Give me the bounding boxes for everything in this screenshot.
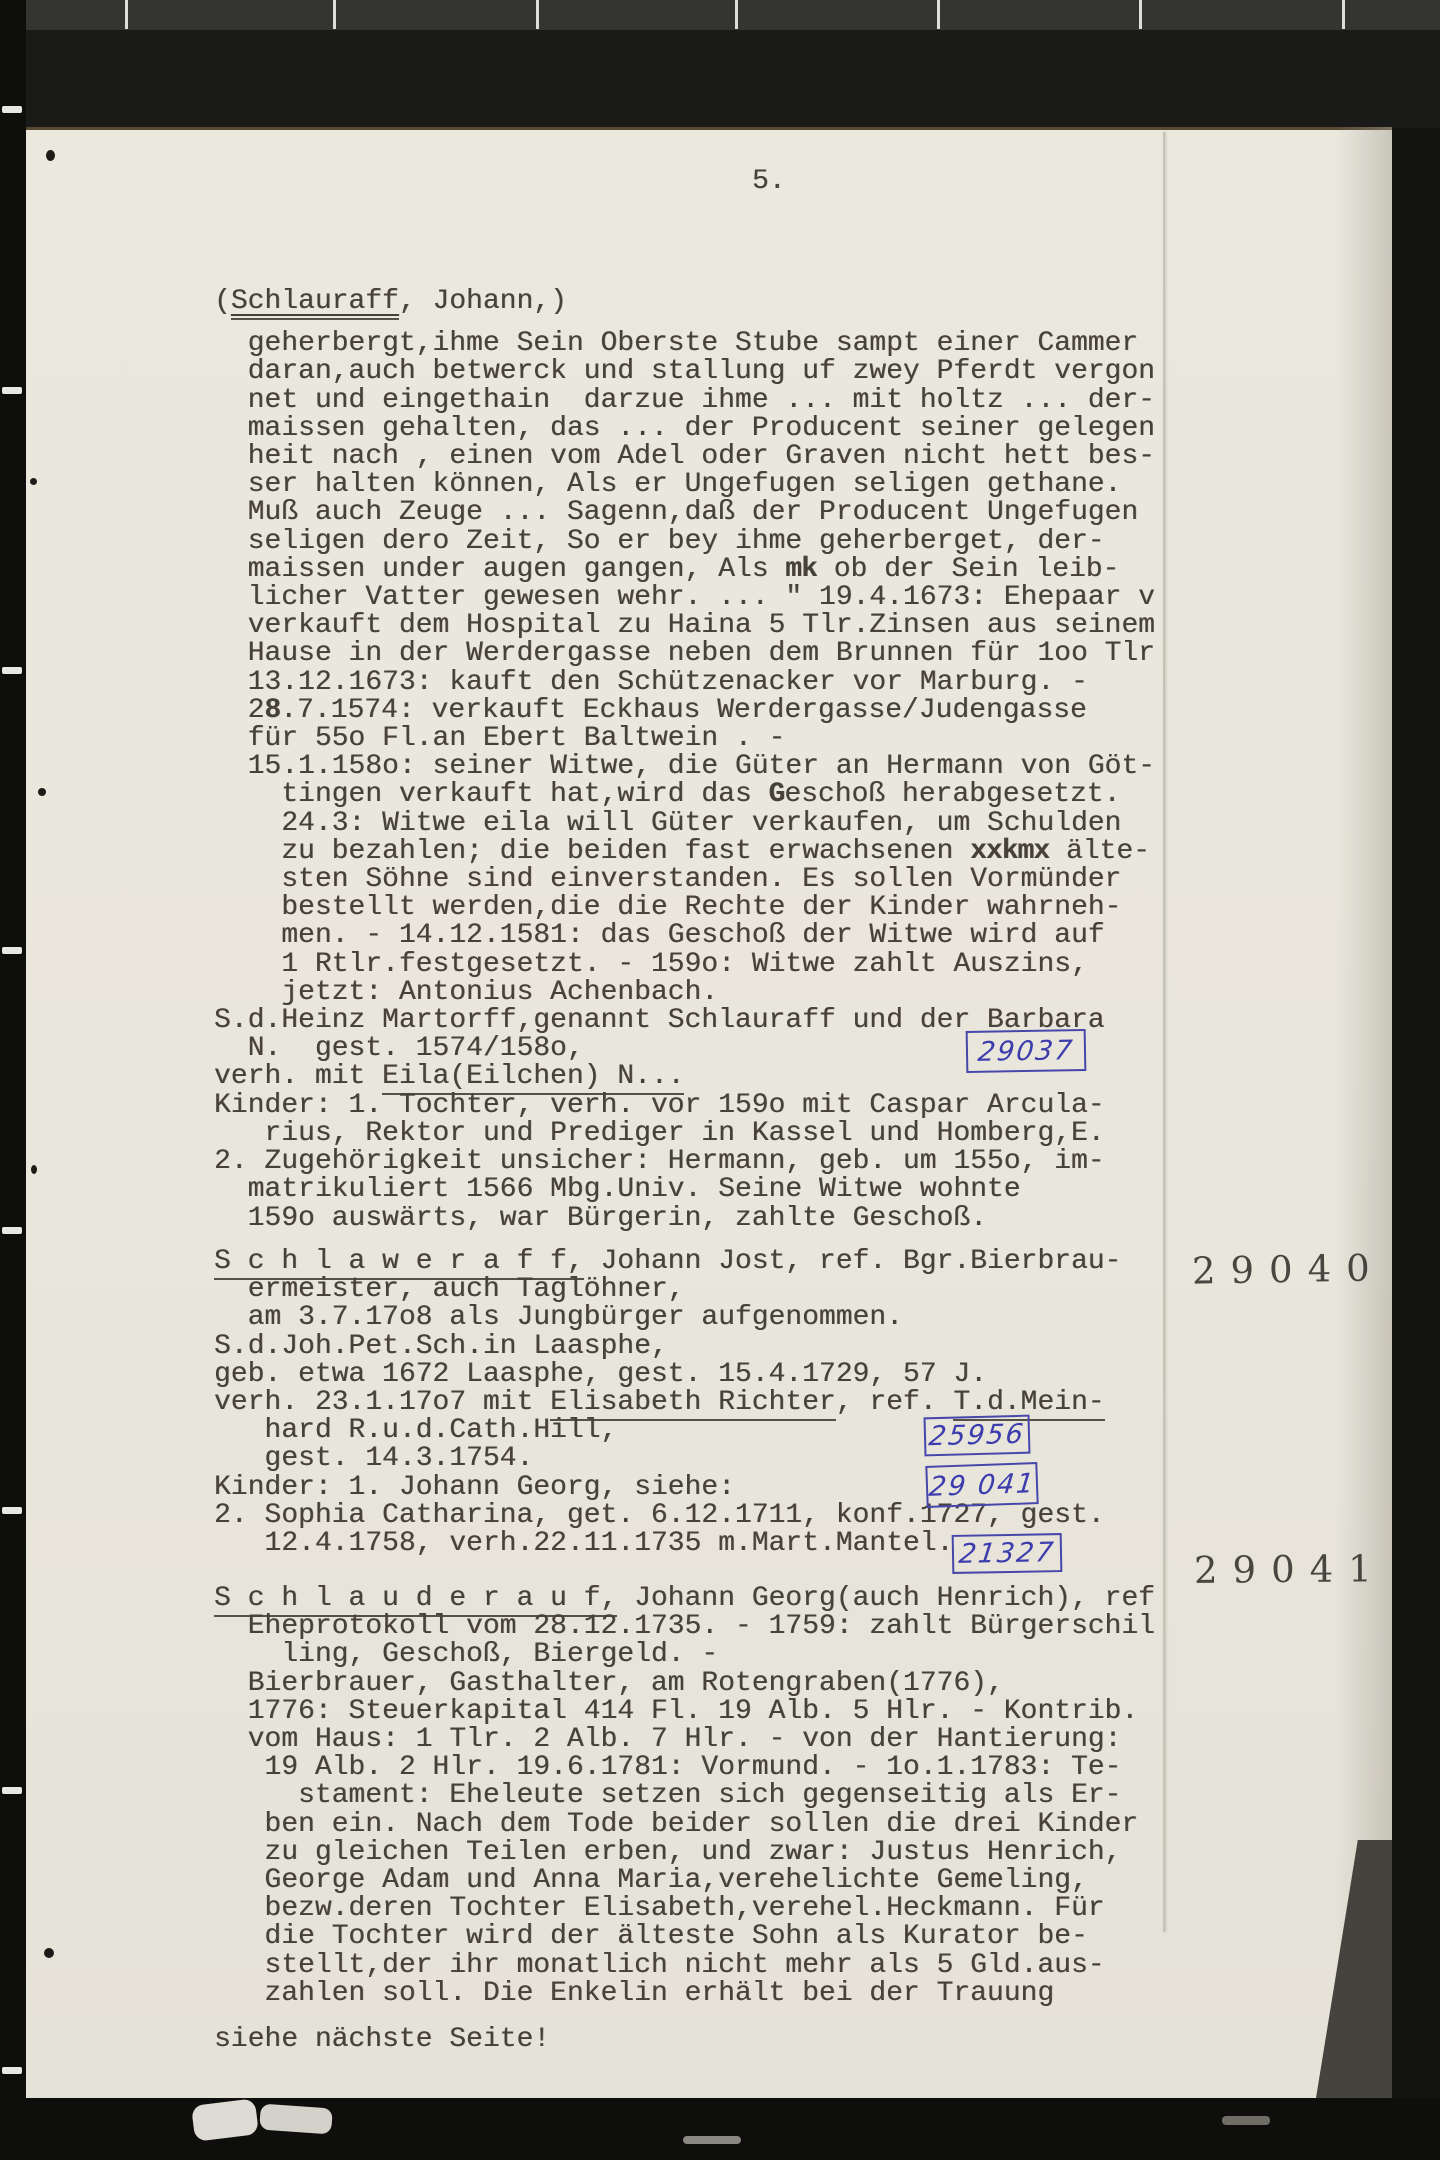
handwritten-number: 29037 <box>976 1035 1076 1068</box>
text-line: 28.7.1574: verkauft Eckhaus Werdergasse/… <box>214 697 1155 725</box>
text-line: ling, Geschoß, Biergeld. - <box>214 1641 1155 1669</box>
film-edge-mark <box>2 387 22 394</box>
handwritten-number-box: 29 041 <box>925 1462 1038 1508</box>
film-edge-mark <box>2 1227 22 1234</box>
film-edge-left <box>0 0 26 2160</box>
text-line: men. - 14.12.1581: das Geschoß der Witwe… <box>214 922 1155 950</box>
handwritten-number-box: 21327 <box>952 1533 1063 1574</box>
text-line: verh. 23.1.17o7 mit Elisabeth Richter, r… <box>214 1389 1121 1417</box>
text-line: geb. etwa 1672 Laasphe, gest. 15.4.1729,… <box>214 1361 1121 1389</box>
film-frame-tick <box>1139 0 1142 29</box>
film-blemish <box>259 2104 333 2135</box>
text-line: die Tochter wird der älteste Sohn als Ku… <box>214 1923 1155 1951</box>
text-line: 2. Zugehörigkeit unsicher: Hermann, geb.… <box>214 1148 1155 1176</box>
text-line: daran,auch betwerck und stallung uf zwey… <box>214 358 1155 386</box>
text-line: sten Söhne sind einverstanden. Es sollen… <box>214 866 1155 894</box>
handwritten-number: 29 041 <box>927 1468 1037 1503</box>
text-line: zahlen soll. Die Enkelin erhält bei der … <box>214 1980 1155 2008</box>
text-line: 1 Rtlr.festgesetzt. - 159o: Witwe zahlt … <box>214 951 1155 979</box>
text-line: rius, Rektor und Prediger in Kassel und … <box>214 1120 1155 1148</box>
film-frame-tick <box>937 0 940 29</box>
text-line: für 55o Fl.an Ebert Baltwein . - <box>214 725 1155 753</box>
text-line: geherbergt,ihme Sein Oberste Stube sampt… <box>214 330 1155 358</box>
film-edge-mark <box>2 106 22 113</box>
paper-speck <box>30 478 37 485</box>
footer-note: siehe nächste Seite! <box>214 2026 550 2054</box>
section-header: (Schlauraff, Johann,) <box>214 288 1155 316</box>
text-line: Hause in der Werdergasse neben dem Brunn… <box>214 640 1155 668</box>
film-edge-mark <box>2 1507 22 1514</box>
text-line: ser halten können, Als er Ungefugen seli… <box>214 471 1155 499</box>
film-edge-mark <box>2 947 22 954</box>
text-line: heit nach , einen vom Adel oder Graven n… <box>214 443 1155 471</box>
text-line: maissen gehalten, das ... der Producent … <box>214 415 1155 443</box>
film-blemish <box>683 2136 741 2144</box>
text-line: zu gleichen Teilen erben, und zwar: Just… <box>214 1839 1155 1867</box>
text-line: 1776: Steuerkapital 414 Fl. 19 Alb. 5 Hl… <box>214 1698 1155 1726</box>
text-line: seligen dero Zeit, So er bey ihme geherb… <box>214 528 1155 556</box>
text-line: bezw.deren Tochter Elisabeth,verehel.Hec… <box>214 1895 1155 1923</box>
typed-section-schlaweraff: S c h l a w e r a f f, Johann Jost, ref.… <box>214 1248 1121 1558</box>
text-line: jetzt: Antonius Achenbach. <box>214 979 1155 1007</box>
text-line: 13.12.1673: kauft den Schützenacker vor … <box>214 669 1155 697</box>
film-blemish <box>1222 2116 1270 2125</box>
handwritten-number-box: 25956 <box>924 1415 1031 1457</box>
text-line: Kinder: 1. Tochter, verh. vor 159o mit C… <box>214 1092 1155 1120</box>
text-line: bestellt werden,die die Rechte der Kinde… <box>214 894 1155 922</box>
microfilm-scan: 5. (Schlauraff, Johann,) geherbergt,ihme… <box>0 0 1440 2160</box>
stamp-number: 29040 <box>1192 1246 1385 1292</box>
film-frame-tick <box>536 0 539 29</box>
section-header: S c h l a w e r a f f, Johann Jost, ref.… <box>214 1248 1121 1276</box>
text-line: Eheprotokoll vom 28.12.1735. - 1759: zah… <box>214 1613 1155 1641</box>
paper-speck <box>31 1165 37 1174</box>
text-line: 15.1.158o: seiner Witwe, die Güter an He… <box>214 753 1155 781</box>
film-edge-top <box>0 0 1440 30</box>
film-frame-tick <box>1342 0 1345 29</box>
text-line: vom Haus: 1 Tlr. 2 Alb. 7 Hlr. - von der… <box>214 1726 1155 1754</box>
text-line: George Adam und Anna Maria,verehelichte … <box>214 1867 1155 1895</box>
text-line: stellt,der ihr monatlich nicht mehr als … <box>214 1952 1155 1980</box>
film-edge-mark <box>2 1787 22 1794</box>
handwritten-number-box: 29037 <box>966 1029 1087 1073</box>
film-frame-tick <box>333 0 336 29</box>
text-line: verkauft dem Hospital zu Haina 5 Tlr.Zin… <box>214 612 1155 640</box>
typed-section-schlauraff: (Schlauraff, Johann,) geherbergt,ihme Se… <box>214 288 1155 1233</box>
text-line: ben ein. Nach dem Tode beider sollen die… <box>214 1811 1155 1839</box>
text-line: Bierbrauer, Gasthalter, am Rotengraben(1… <box>214 1670 1155 1698</box>
text-line: S.d.Joh.Pet.Sch.in Laasphe, <box>214 1333 1121 1361</box>
text-line: 2. Sophia Catharina, get. 6.12.1711, kon… <box>214 1502 1121 1530</box>
film-black-band <box>0 30 1440 128</box>
film-edge-mark <box>2 2067 22 2074</box>
fold-line <box>1163 132 1165 1932</box>
text-line: tingen verkauft hat,wird das Geschoß her… <box>214 781 1155 809</box>
paper-speck <box>38 788 46 796</box>
text-line: stament: Eheleute setzen sich gegenseiti… <box>214 1782 1155 1810</box>
film-frame-tick <box>125 0 128 29</box>
text-line: maissen under augen gangen, Als mk ob de… <box>214 556 1155 584</box>
text-line: ermeister, auch Taglöhner, <box>214 1276 1121 1304</box>
paper-edge-shadow <box>1336 127 1392 2098</box>
text-line: 24.3: Witwe eila will Güter verkaufen, u… <box>214 810 1155 838</box>
stamp-number: 29041 <box>1194 1547 1387 1592</box>
typed-section-schlauderauf: S c h l a u d e r a u f, Johann Georg(au… <box>214 1585 1155 2008</box>
page-number: 5. <box>752 168 786 196</box>
film-edge-mark <box>2 667 22 674</box>
text-line: licher Vatter gewesen wehr. ... " 19.4.1… <box>214 584 1155 612</box>
film-edge-bottom <box>0 2098 1440 2160</box>
handwritten-number: 25956 <box>927 1419 1026 1453</box>
handwritten-number: 21327 <box>957 1537 1057 1570</box>
text-line: 159o auswärts, war Bürgerin, zahlte Gesc… <box>214 1205 1155 1233</box>
text-line: Muß auch Zeuge ... Sagenn,daß der Produc… <box>214 499 1155 527</box>
text-line: net und eingethain darzue ihme ... mit h… <box>214 387 1155 415</box>
film-frame-tick <box>735 0 738 29</box>
text-line: zu bezahlen; die beiden fast erwachsenen… <box>214 838 1155 866</box>
text-line: 19 Alb. 2 Hlr. 19.6.1781: Vormund. - 1o.… <box>214 1754 1155 1782</box>
film-blemish <box>191 2098 259 2142</box>
paper-speck <box>46 150 55 161</box>
text-line: am 3.7.17o8 als Jungbürger aufgenommen. <box>214 1304 1121 1332</box>
section-header: S c h l a u d e r a u f, Johann Georg(au… <box>214 1585 1155 1613</box>
text-line: matrikuliert 1566 Mbg.Univ. Seine Witwe … <box>214 1176 1155 1204</box>
paper-speck <box>44 1948 54 1958</box>
